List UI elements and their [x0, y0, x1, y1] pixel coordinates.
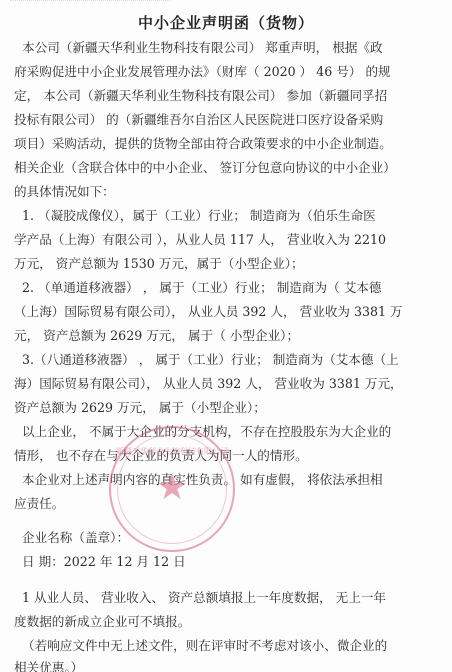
document-title: 中小企业声明函（货物） — [0, 12, 452, 33]
note-line: 1 从业人员、 营业收入、 资产总额填报上一年度数据， 无上一年 — [22, 590, 386, 606]
statement-line: 以上企业， 不属于大企业的分支机构，不存在控股股东为大企业的 — [22, 424, 391, 440]
intro-line: 相关企业（含联合体中的中小企业、 签订分包意向协议的中小企业） — [14, 160, 396, 176]
intro-line: 项目）采购活动，提供的货物全部由符合政策要求的中小企业制造。 — [14, 136, 392, 152]
date-line: 日 期：2022 年 12 月 12 日 — [22, 554, 186, 570]
item-2-line: （上海）国际贸易有限公司）， 从业人员 392 人， 营业收为 3381 万 — [14, 304, 403, 320]
item-3-line: 资产总额为 2629 万元， 属于（小型企业）； — [14, 400, 266, 416]
note-line: 度数据的新成立企业可不填报。 — [14, 614, 190, 630]
note-line: （若响应文件中无上述文件，则在评审时不考虑对该小、微企业的 — [22, 638, 387, 654]
company-name-label: 企业名称（盖章）： — [22, 530, 129, 546]
intro-line: 的具体情况如下： — [14, 184, 115, 200]
item-1-line: 1. （凝胶成像仪），属于（工业）行业； 制造商为（伯乐生命医 — [22, 208, 376, 224]
item-2-line: 2. （单通道移液器） ， 属于（工业）行业； 制造商为（ 艾本德 — [22, 280, 381, 296]
document-page: 中小企业声明函（货物） 本公司（新疆天华利业生物科技有限公司） 郑重声明， 根据… — [0, 0, 452, 672]
cropped-header-remnant — [10, 0, 170, 4]
item-1-line: 学产品（上海）有限公司 ），从业人员 117 人， 营业收入为 2210 — [14, 232, 386, 248]
intro-line: 定， 本公司（新疆天华利业生物科技有限公司） 参加（新疆同孚招 — [14, 88, 387, 104]
intro-line: 府采购促进中小企业发展管理办法》（财库（ 2020 ） 46 号） 的规 — [14, 64, 391, 80]
intro-line: 本公司（新疆天华利业生物科技有限公司） 郑重声明， 根据《政 — [22, 40, 383, 56]
item-1-line: 万元， 资产总额为 1530 万元，属于（小型企业）； — [14, 256, 304, 272]
item-3-line: 海）国际贸易有限公司）， 从业人员 392 人， 营业收为 3381 万元， — [14, 376, 403, 392]
responsibility-line: 应责任。 — [14, 496, 64, 512]
statement-line: 情形， 也不存在与大企业的负责人为同一人的情形。 — [14, 448, 308, 464]
note-line: 相关优惠。） — [14, 660, 83, 672]
item-2-line: 元， 资产总额为 2629 万元， 属于（ 小型企业）； — [14, 328, 299, 344]
item-3-line: 3.（八通道移液器） ， 属于（工业）行业； 制造商为（艾本德（上 — [22, 352, 399, 368]
intro-line: 投标有限公司） 的（新疆维吾尔自治区人民医院进口医疗设备采购 — [14, 112, 383, 128]
responsibility-line: 本企业对上述声明内容的真实性负责。 如有虚假， 将依法承担相 — [22, 472, 383, 488]
